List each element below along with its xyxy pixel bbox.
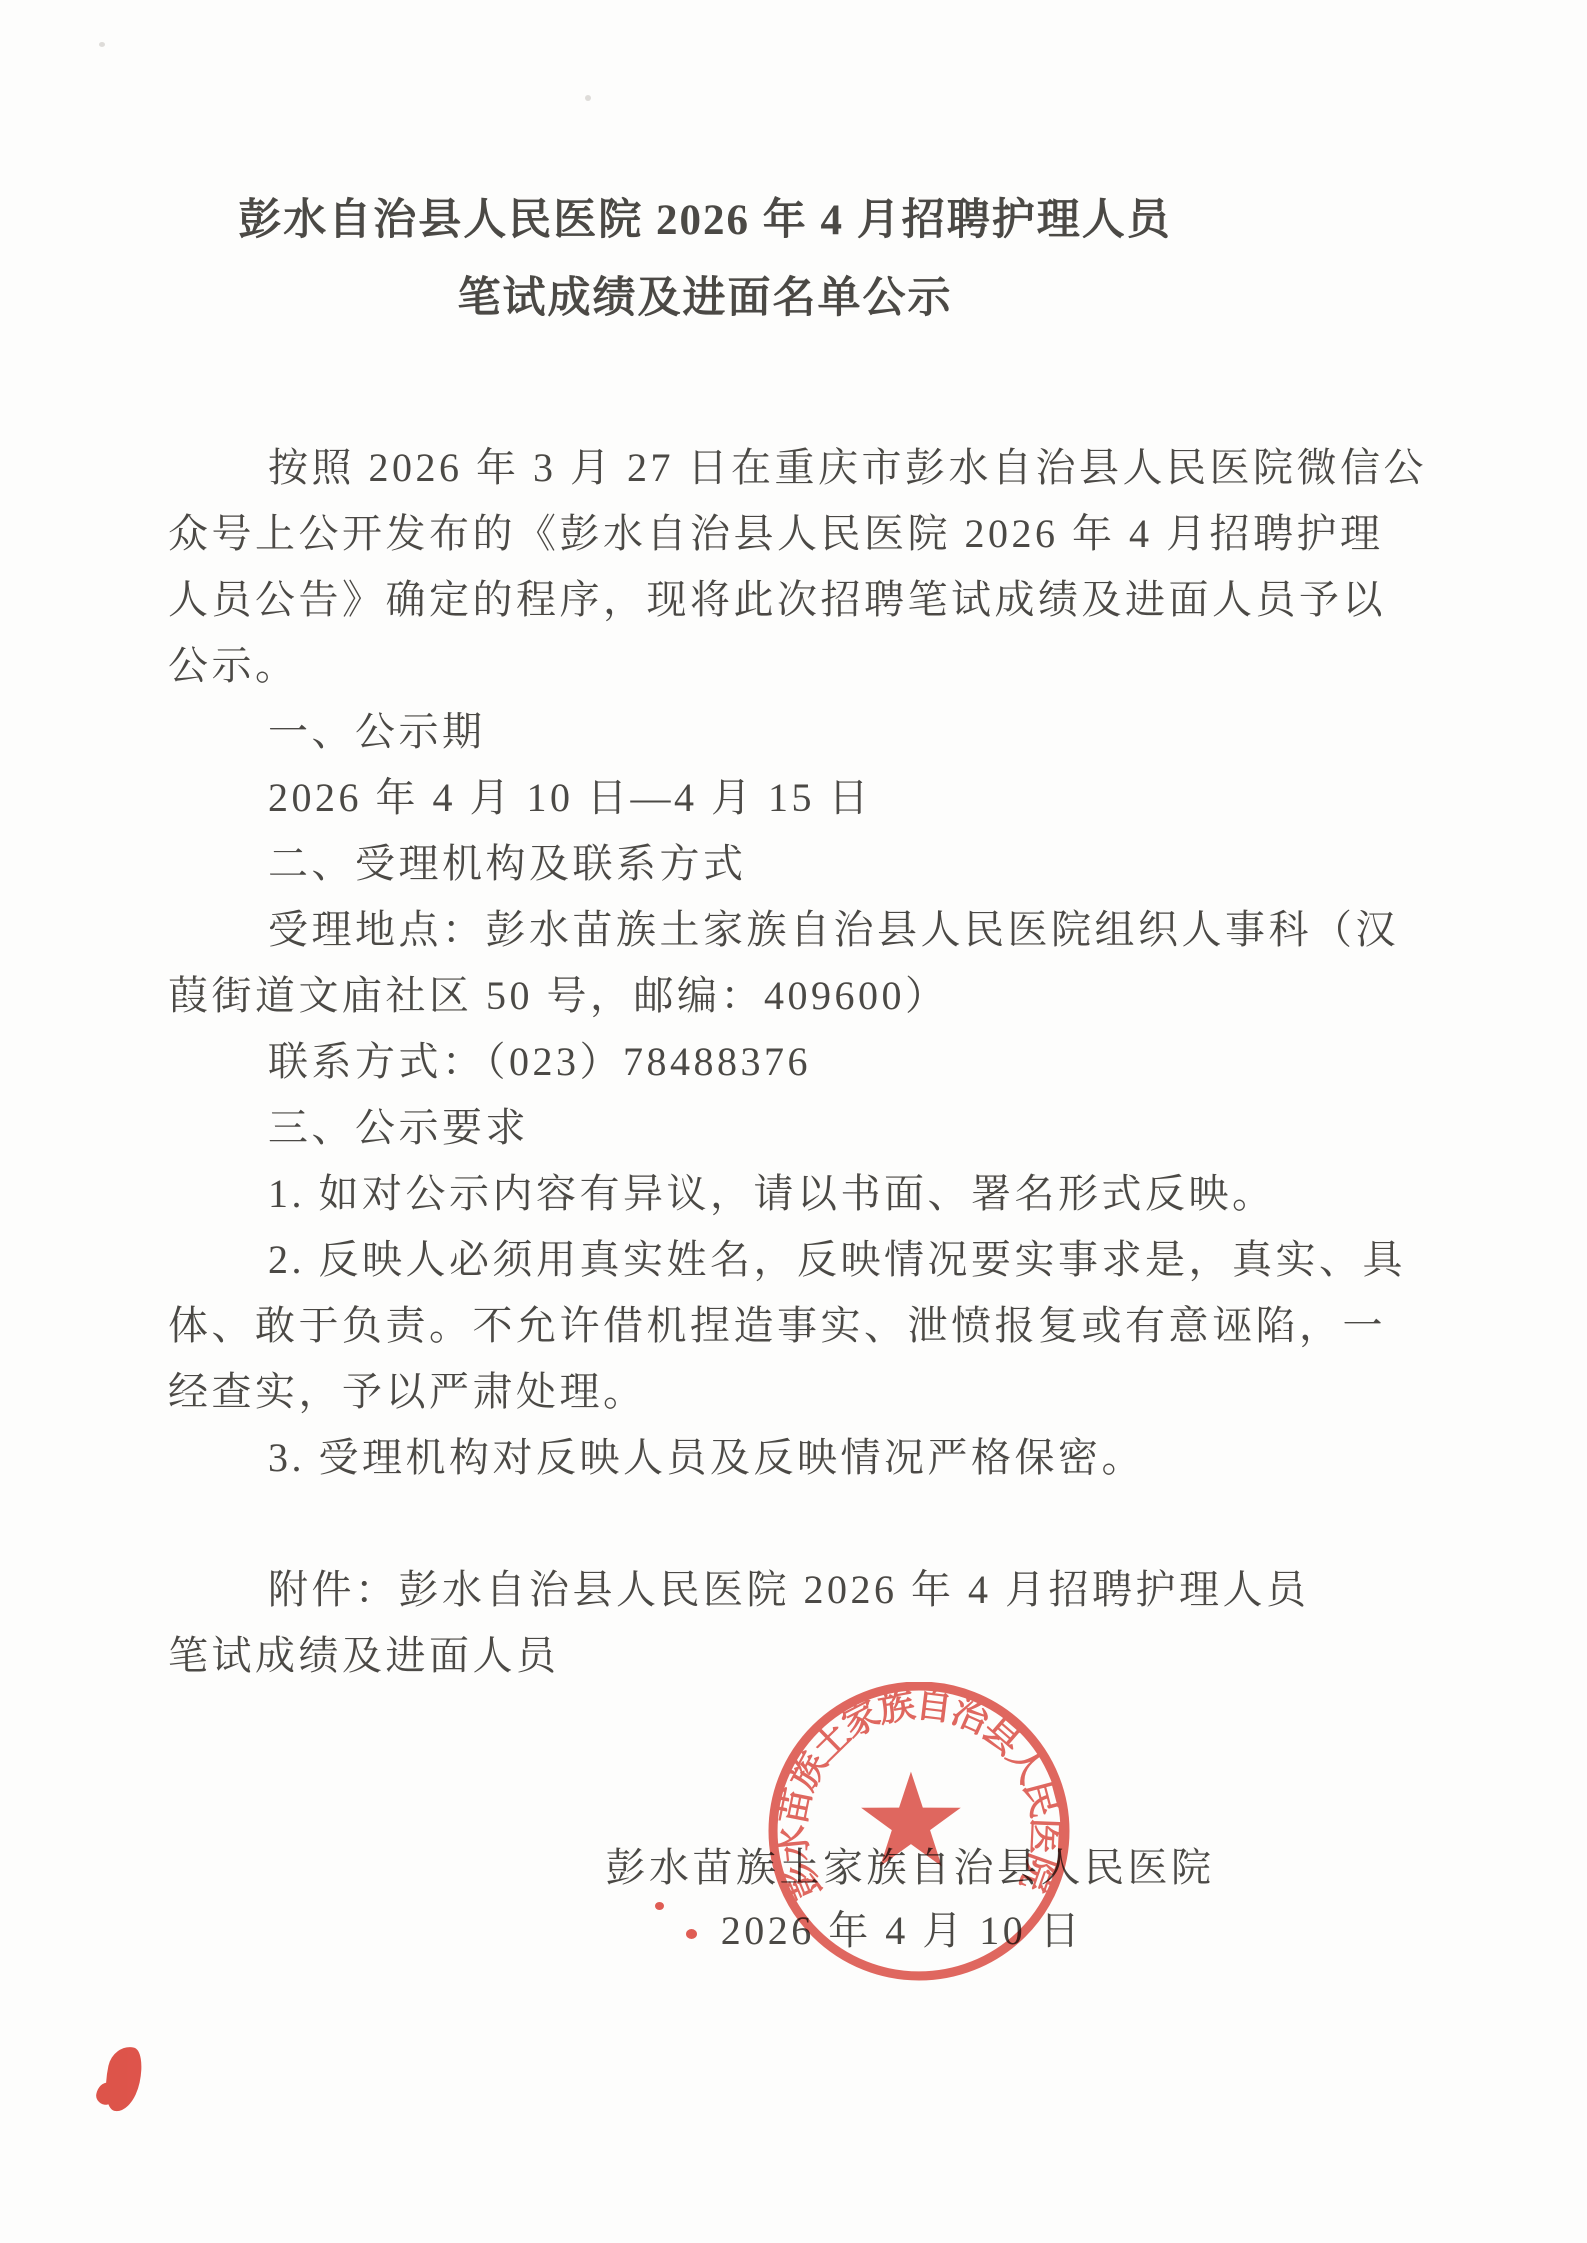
seal-arc-text: 彭水苗族土家族自治县人民医院 <box>772 1684 1065 1904</box>
body-line: 三、公示要求 <box>168 1095 1427 1161</box>
scan-speck <box>99 42 105 47</box>
body-line: 体、敢于负责。不允许借机捏造事实、泄愤报复或有意诬陷，一 <box>168 1293 1427 1359</box>
ink-speck <box>686 1929 697 1939</box>
body-line: 葭街道文庙社区 50 号，邮编：409600） <box>168 963 1427 1029</box>
body-line: 按照 2026 年 3 月 27 日在重庆市彭水自治县人民医院微信公 <box>168 435 1427 501</box>
document-title: 彭水自治县人民医院 2026 年 4 月招聘护理人员 笔试成绩及进面名单公示 <box>0 182 1410 338</box>
scan-speck <box>585 95 591 101</box>
body-line: 联系方式：（023）78488376 <box>168 1029 1427 1095</box>
seal-arc-textpath: 彭水苗族土家族自治县人民医院 <box>772 1684 1065 1904</box>
blank-line <box>168 1491 1427 1557</box>
body-line: 笔试成绩及进面人员 <box>168 1623 1427 1689</box>
body-line: 附件：彭水自治县人民医院 2026 年 4 月招聘护理人员 <box>168 1557 1427 1623</box>
body-line: 众号上公开发布的《彭水自治县人民医院 2026 年 4 月招聘护理 <box>168 501 1427 567</box>
body-line: 经查实，予以严肃处理。 <box>168 1359 1427 1425</box>
ink-stain <box>100 2043 147 2115</box>
ink-speck <box>655 1902 664 1910</box>
body-line: 2. 反映人必须用真实姓名，反映情况要实事求是，真实、具 <box>168 1227 1427 1293</box>
body-line: 2026 年 4 月 10 日—4 月 15 日 <box>168 765 1427 831</box>
body-line: 人员公告》确定的程序，现将此次招聘笔试成绩及进面人员予以 <box>168 567 1427 633</box>
document-page: 彭水自治县人民医院 2026 年 4 月招聘护理人员 笔试成绩及进面名单公示 按… <box>0 0 1587 2243</box>
body-line: 1. 如对公示内容有异议，请以书面、署名形式反映。 <box>168 1161 1427 1227</box>
body-line: 3. 受理机构对反映人员及反映情况严格保密。 <box>168 1425 1427 1491</box>
body-line: 一、公示期 <box>168 699 1427 765</box>
title-line-1: 彭水自治县人民医院 2026 年 4 月招聘护理人员 <box>0 182 1410 260</box>
body-line: 公示。 <box>168 633 1427 699</box>
body-text: 按照 2026 年 3 月 27 日在重庆市彭水自治县人民医院微信公众号上公开发… <box>168 435 1427 1689</box>
title-line-2: 笔试成绩及进面名单公示 <box>0 260 1410 338</box>
seal-star-icon <box>861 1772 961 1867</box>
body-line: 受理地点：彭水苗族土家族自治县人民医院组织人事科（汉 <box>168 897 1427 963</box>
body-line: 二、受理机构及联系方式 <box>168 831 1427 897</box>
official-seal: 彭水苗族土家族自治县人民医院 <box>766 1682 1072 1984</box>
